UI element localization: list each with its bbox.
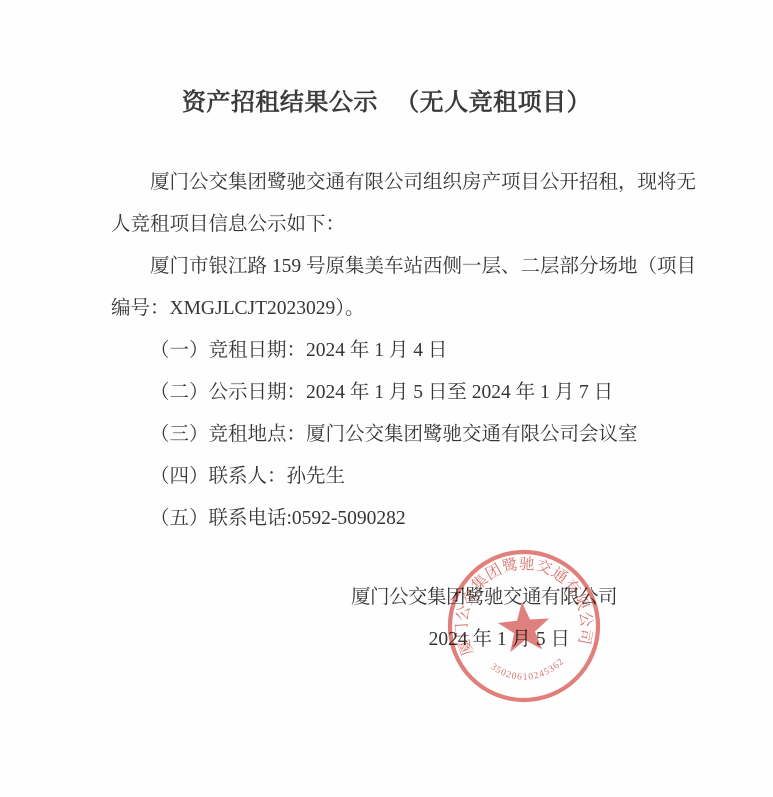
list-item-bid-date: （一）竞租日期：2024 年 1 月 4 日: [111, 330, 715, 372]
signature-company: 厦门公交集团鹭驰交通有限公司: [0, 577, 773, 619]
document-body: 厦门公交集团鹭驰交通有限公司组织房产项目公开招租，现将无 人竞租项目信息公示如下…: [111, 162, 715, 540]
document-title: 资产招租结果公示 （无人竞租项目）: [0, 0, 773, 117]
list-item-bid-location: （三）竞租地点：厦门公交集团鹭驰交通有限公司会议室: [111, 414, 715, 456]
paragraph-intro: 厦门公交集团鹭驰交通有限公司组织房产项目公开招租，现将无 人竞租项目信息公示如下…: [111, 162, 715, 246]
signature-block: 厦门公交集团鹭驰交通有限公司 2024 年 1 月 5 日: [0, 577, 773, 661]
document-page: 资产招租结果公示 （无人竞租项目） 厦门公交集团鹭驰交通有限公司组织房产项目公开…: [0, 0, 773, 797]
list-item-announce-period: （二）公示日期：2024 年 1 月 5 日至 2024 年 1 月 7 日: [111, 372, 715, 414]
paragraph-project: 厦门市银江路 159 号原集美车站西侧一层、二层部分场地（项目 编号：XMGJL…: [111, 246, 715, 330]
list-item-contact-person: （四）联系人：孙先生: [111, 456, 715, 498]
list-item-contact-phone: （五）联系电话:0592-5090282: [111, 498, 715, 540]
signature-date: 2024 年 1 月 5 日: [0, 619, 773, 661]
